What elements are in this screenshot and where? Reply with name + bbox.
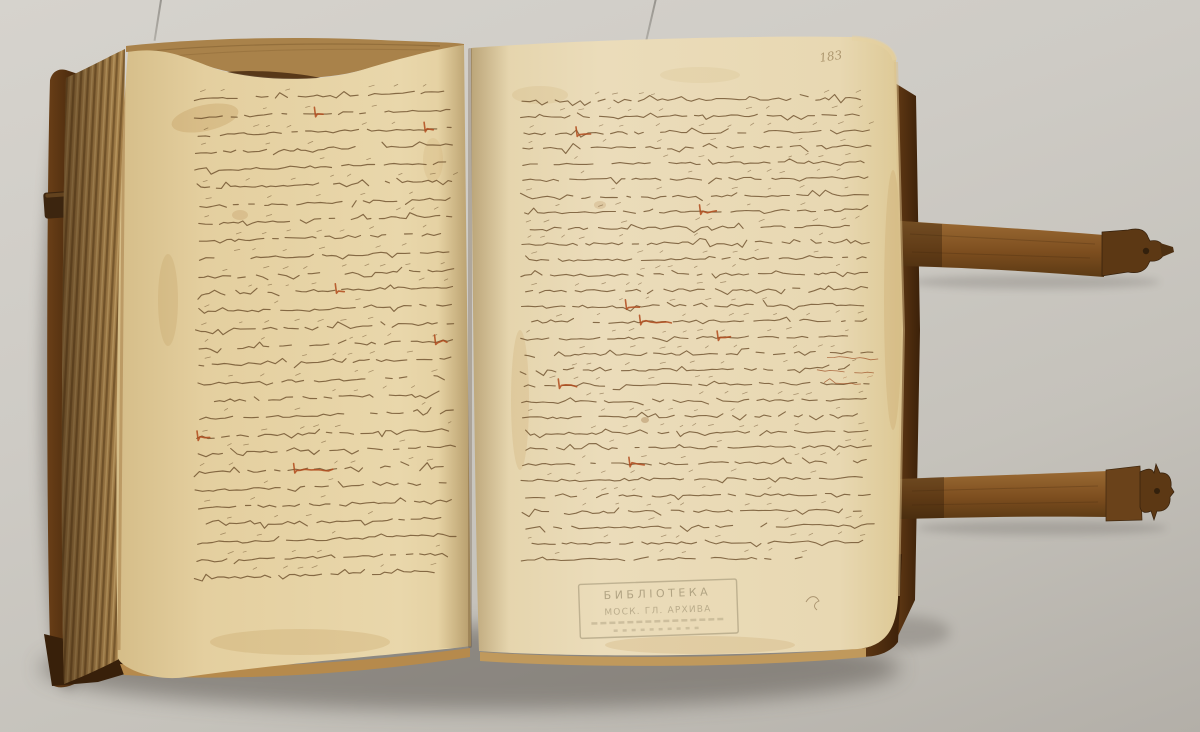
strap-clasp-top — [1102, 229, 1164, 276]
photo-scene: 183 БИБЛІОТЕКА МОСК. ГЛ. АРХИВА — [0, 0, 1200, 732]
leather-strap-top — [900, 221, 1174, 277]
fore-edge-stack — [62, 49, 125, 684]
right-page — [471, 37, 903, 656]
gutter-crease — [468, 48, 472, 648]
left-page — [116, 44, 471, 678]
manuscript-book: 183 БИБЛІОТЕКА МОСК. ГЛ. АРХИВА — [0, 0, 1200, 732]
leather-strap-bottom — [900, 464, 1174, 521]
